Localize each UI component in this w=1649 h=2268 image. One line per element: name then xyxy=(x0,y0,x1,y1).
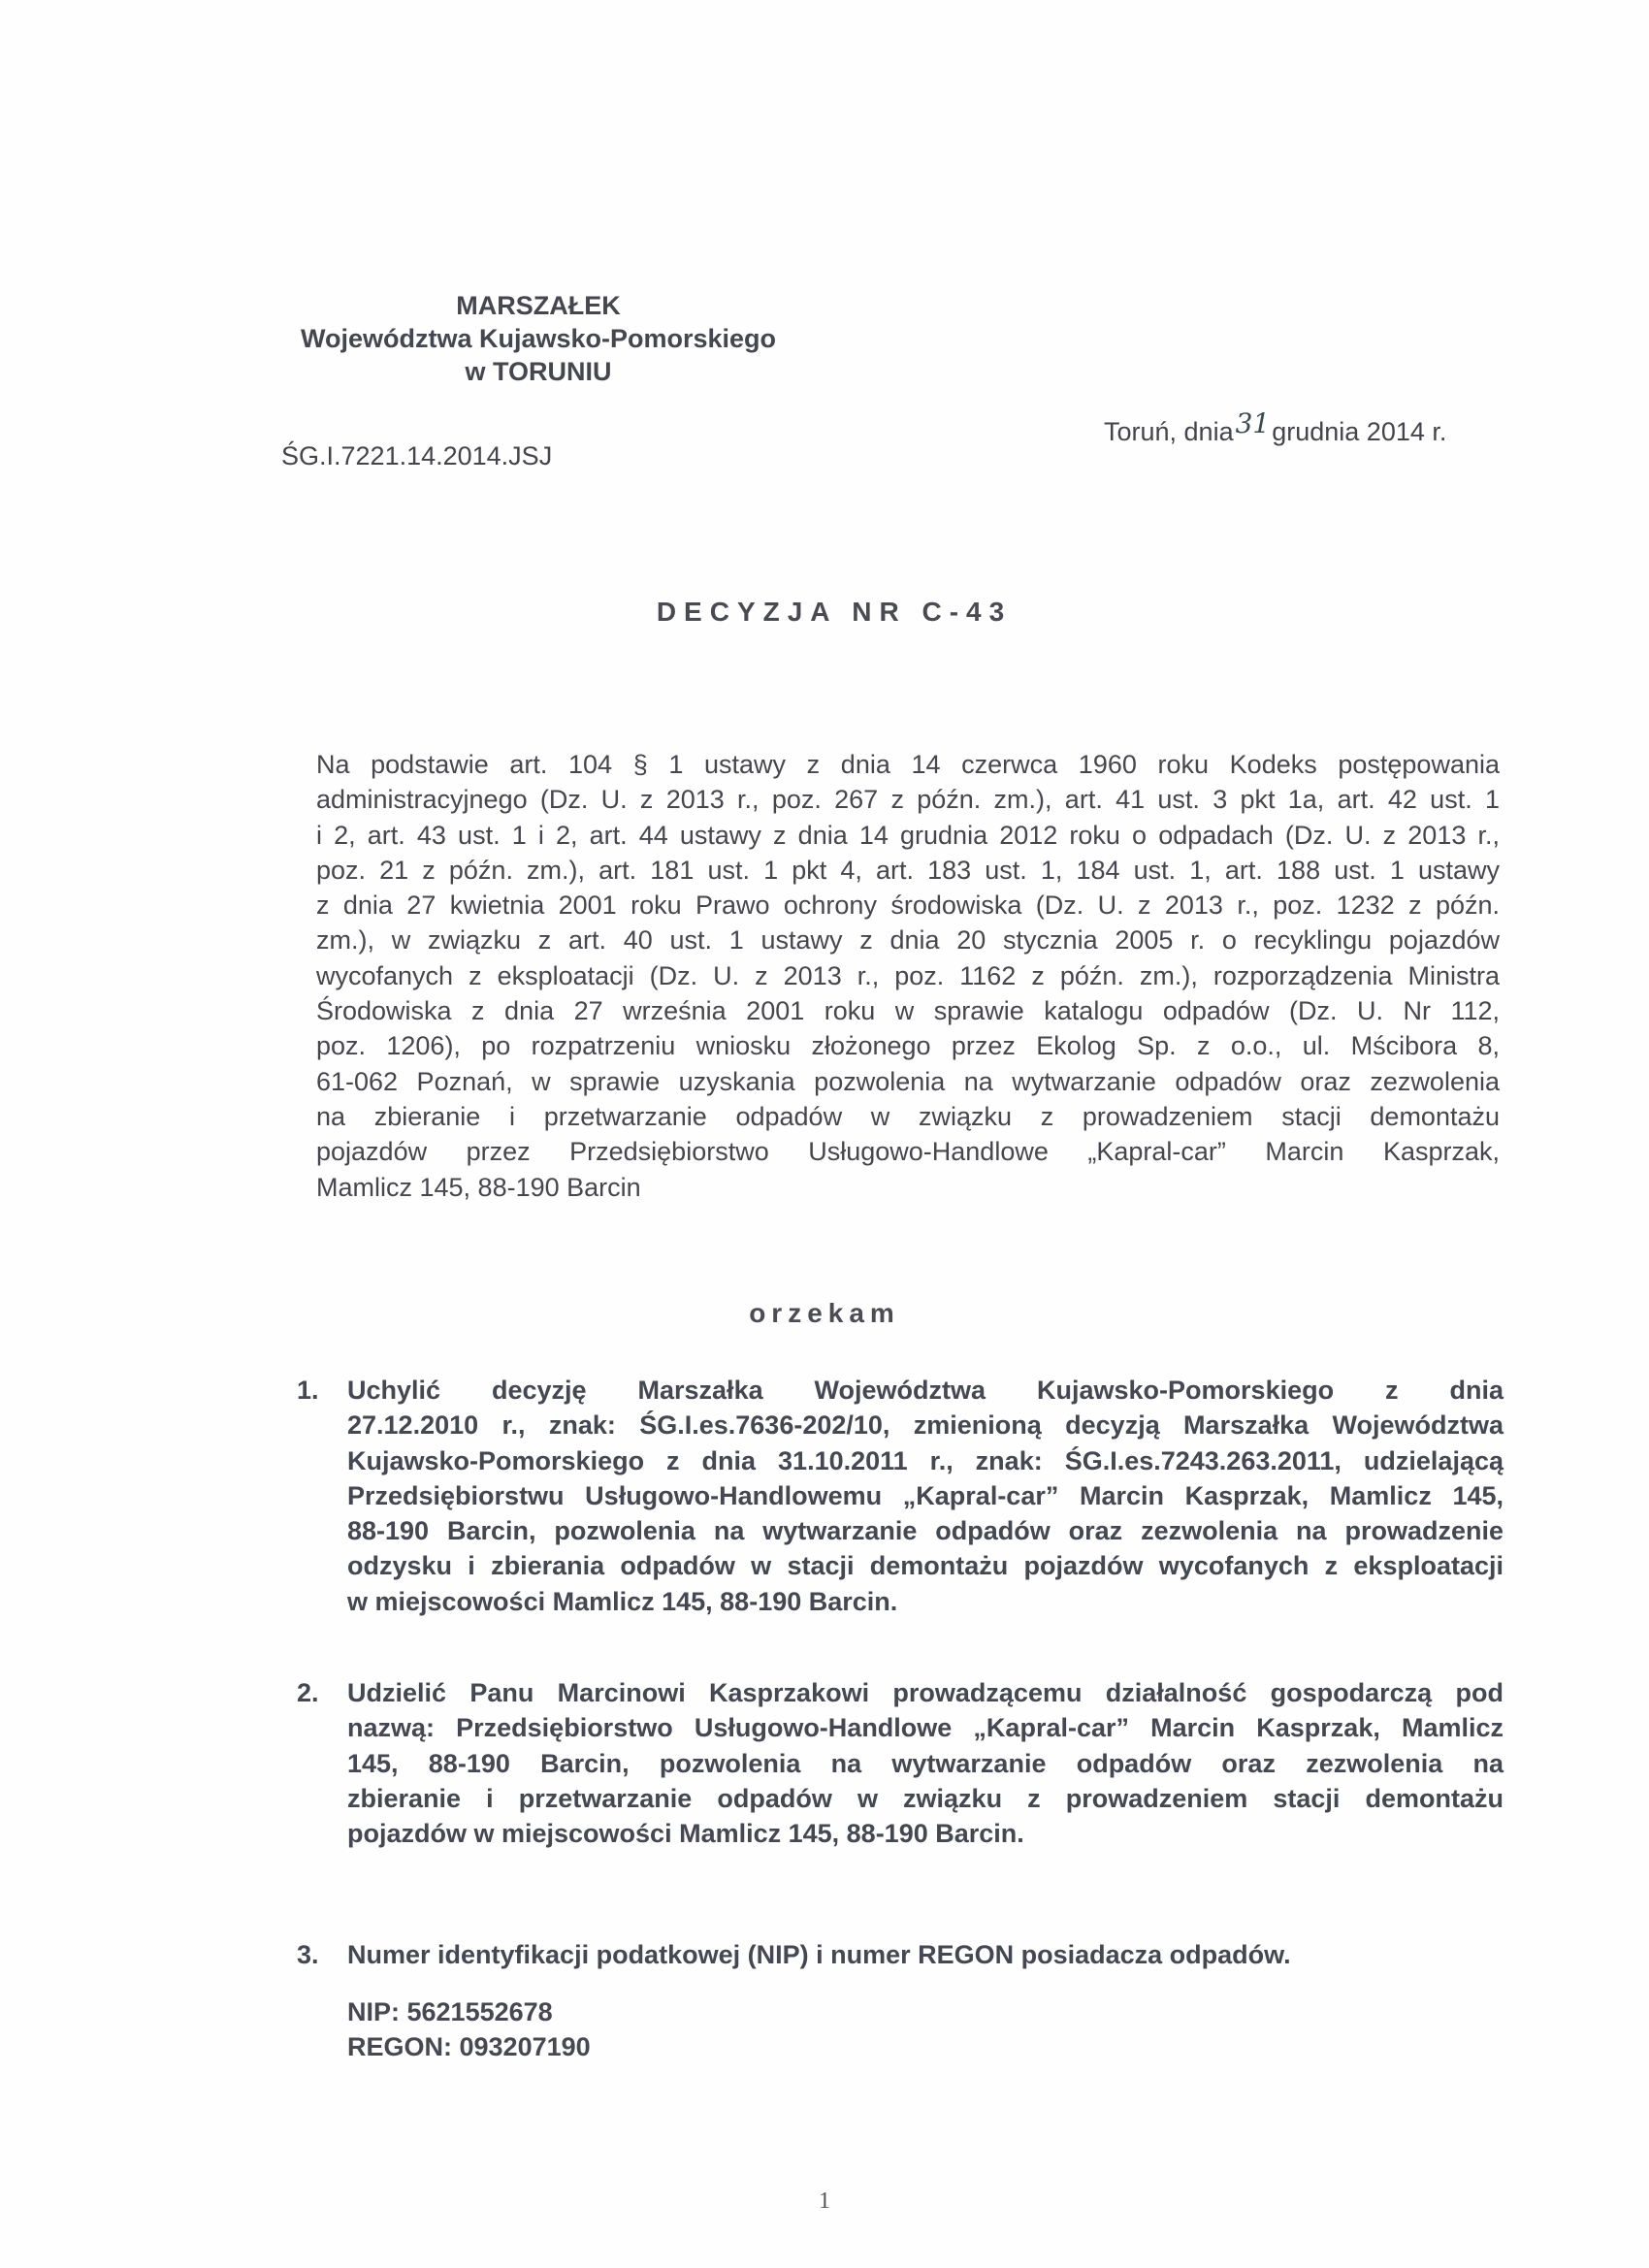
document-page: MARSZAŁEK Województwa Kujawsko-Pomorskie… xyxy=(0,0,1649,2268)
issuer-header: MARSZAŁEK Województwa Kujawsko-Pomorskie… xyxy=(252,289,824,388)
preamble-line: Mamlicz 145, 88-190 Barcin xyxy=(316,1170,1500,1205)
decision-line: 27.12.2010 r., znak: ŚG.I.es.7636-202/10… xyxy=(347,1408,1503,1442)
preamble-line: 61-062 Poznań, w sprawie uzyskania pozwo… xyxy=(316,1064,1500,1099)
issuer-region: Województwa Kujawsko-Pomorskiego xyxy=(252,322,824,355)
preamble-line: poz. 21 z późn. zm.), art. 181 ust. 1 pk… xyxy=(316,853,1500,888)
date-prefix: Toruń, dnia xyxy=(1104,417,1234,446)
ruling-heading: orzekam xyxy=(0,1298,1649,1329)
preamble-line: z dnia 27 kwietnia 2001 roku Prawo ochro… xyxy=(316,888,1500,923)
decision-item-2: 2. Udzielić Panu Marcinowi Kasprzakowi p… xyxy=(291,1675,1503,1851)
preamble-line: i 2, art. 43 ust. 1 i 2, art. 44 ustawy … xyxy=(316,818,1500,853)
identifiers-block: NIP: 5621552678 REGON: 093207190 xyxy=(347,1994,591,2064)
preamble-line: poz. 1206), po rozpatrzeniu wniosku złoż… xyxy=(316,1028,1500,1063)
decision-number: 1. xyxy=(297,1373,319,1408)
decision-line: 145, 88-190 Barcin, pozwolenia na wytwar… xyxy=(347,1746,1503,1781)
decision-line: odzysku i zbierania odpadów w stacji dem… xyxy=(347,1548,1503,1583)
decision-line: Uchylić decyzję Marszałka Województwa Ku… xyxy=(347,1373,1503,1408)
decision-item-1: 1. Uchylić decyzję Marszałka Województwa… xyxy=(291,1373,1503,1619)
preamble-line: wycofanych z eksploatacji (Dz. U. z 2013… xyxy=(316,958,1500,993)
regon-number: REGON: 093207190 xyxy=(347,2029,591,2064)
nip-number: NIP: 5621552678 xyxy=(347,1994,591,2029)
decision-title: DECYZJA NR C-43 xyxy=(0,597,1649,628)
preamble-line: administracyjnego (Dz. U. z 2013 r., poz… xyxy=(316,782,1500,817)
preamble-line: pojazdów przez Przedsiębiorstwo Usługowo… xyxy=(316,1134,1500,1169)
decision-item-3: 3. Numer identyfikacji podatkowej (NIP) … xyxy=(291,1937,1503,1972)
date-suffix: grudnia 2014 r. xyxy=(1272,417,1446,446)
preamble-line: Środowiska z dnia 27 września 2001 roku … xyxy=(316,993,1500,1028)
decision-line: pojazdów w miejscowości Mamlicz 145, 88-… xyxy=(347,1816,1503,1851)
decision-line: nazwą: Przedsiębiorstwo Usługowo-Handlow… xyxy=(347,1710,1503,1745)
decision-line: Numer identyfikacji podatkowej (NIP) i n… xyxy=(347,1937,1503,1972)
page-number: 1 xyxy=(0,2188,1649,2215)
decision-line: Przedsiębiorstwu Usługowo-Handlowemu „Ka… xyxy=(347,1478,1503,1513)
issuer-city: w TORUNIU xyxy=(252,355,824,388)
decision-line: 88-190 Barcin, pozwolenia na wytwarzanie… xyxy=(347,1513,1503,1548)
decision-list: 1. Uchylić decyzję Marszałka Województwa… xyxy=(291,1373,1503,1619)
legal-basis-paragraph: Na podstawie art. 104 § 1 ustawy z dnia … xyxy=(316,747,1500,1205)
issuer-title: MARSZAŁEK xyxy=(252,289,824,322)
date-line: Toruń, dnia31grudnia 2014 r. xyxy=(1104,415,1446,447)
handwritten-day: 31 xyxy=(1236,407,1271,439)
reference-number: ŚG.I.7221.14.2014.JSJ xyxy=(281,441,552,471)
preamble-line: na zbieranie i przetwarzanie odpadów w z… xyxy=(316,1099,1500,1134)
preamble-line: zm.), w związku z art. 40 ust. 1 ustawy … xyxy=(316,923,1500,957)
decision-line: w miejscowości Mamlicz 145, 88-190 Barci… xyxy=(347,1584,1503,1619)
preamble-line: Na podstawie art. 104 § 1 ustawy z dnia … xyxy=(316,747,1500,782)
decision-line: zbieranie i przetwarzanie odpadów w zwią… xyxy=(347,1781,1503,1816)
decision-number: 2. xyxy=(297,1675,319,1710)
decision-line: Kujawsko-Pomorskiego z dnia 31.10.2011 r… xyxy=(347,1443,1503,1478)
decision-number: 3. xyxy=(297,1937,319,1972)
decision-line: Udzielić Panu Marcinowi Kasprzakowi prow… xyxy=(347,1675,1503,1710)
